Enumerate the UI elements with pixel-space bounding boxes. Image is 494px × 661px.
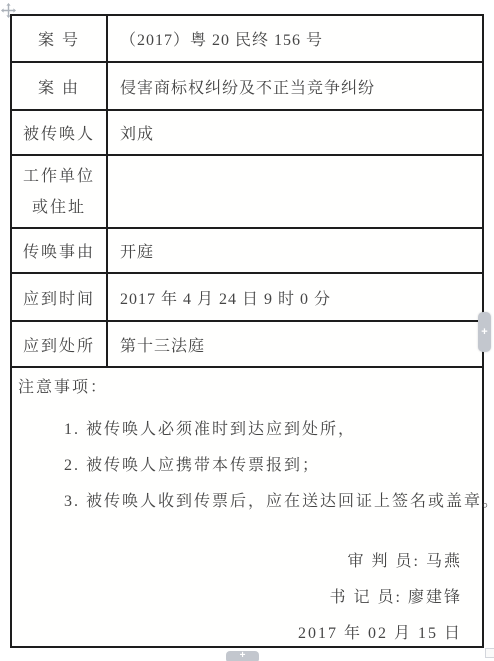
summoned-person-value: 刘成 [108, 111, 482, 154]
document-page: 案 号 （2017）粤 20 民终 156 号 案 由 侵害商标权纠纷及不正当竞… [0, 0, 494, 661]
case-number-value: （2017）粤 20 民终 156 号 [108, 16, 482, 61]
judge-signature: 审 判 员: 马燕 [18, 552, 462, 572]
case-number-label: 案 号 [12, 16, 108, 61]
arrival-place-value: 第十三法庭 [108, 322, 482, 366]
document-date: 2017 年 02 月 15 日 [18, 624, 462, 644]
clerk-signature: 书 记 员: 廖建锋 [18, 588, 462, 608]
note-item-3: 3. 被传唤人收到传票后，应在送达回证上签名或盖章。 [64, 492, 470, 512]
signature-block: 审 判 员: 马燕 书 记 员: 廖建锋 2017 年 02 月 15 日 [18, 552, 470, 644]
table-row: 传唤事由 开庭 [12, 229, 482, 274]
notes-section: 注意事项： 1. 被传唤人必须准时到达应到处所， 2. 被传唤人应携带本传票报到… [12, 368, 482, 660]
notes-title: 注意事项： [18, 378, 470, 398]
note-item-1: 1. 被传唤人必须准时到达应到处所， [64, 420, 470, 440]
arrival-place-label: 应到处所 [12, 322, 108, 366]
work-unit-label-line1: 工作单位 [23, 161, 95, 192]
work-unit-address-label: 工作单位 或住址 [12, 156, 108, 227]
table-row: 应到时间 2017 年 4 月 24 日 9 时 0 分 [12, 274, 482, 322]
table-row: 工作单位 或住址 [12, 156, 482, 229]
table-row: 被传唤人 刘成 [12, 111, 482, 156]
summoned-person-label: 被传唤人 [12, 111, 108, 154]
table-row: 案 号 （2017）粤 20 民终 156 号 [12, 16, 482, 63]
bottom-insert-handle[interactable]: + [226, 651, 259, 661]
work-unit-address-value [108, 156, 482, 227]
cause-of-action-value: 侵害商标权纠纷及不正当竞争纠纷 [108, 63, 482, 109]
cause-of-action-label: 案 由 [12, 63, 108, 109]
right-insert-handle[interactable]: + [478, 312, 491, 352]
table-resize-handle-icon[interactable] [485, 648, 494, 658]
plus-icon: + [481, 326, 487, 338]
work-unit-label-line2: 或住址 [32, 192, 86, 223]
summons-reason-label: 传唤事由 [12, 229, 108, 272]
summons-table: 案 号 （2017）粤 20 民终 156 号 案 由 侵害商标权纠纷及不正当竞… [10, 14, 484, 648]
note-item-2: 2. 被传唤人应携带本传票报到； [64, 456, 470, 476]
table-row: 应到处所 第十三法庭 [12, 322, 482, 368]
summons-reason-value: 开庭 [108, 229, 482, 272]
plus-icon: + [240, 651, 246, 661]
arrival-time-value: 2017 年 4 月 24 日 9 时 0 分 [108, 274, 482, 320]
table-row: 案 由 侵害商标权纠纷及不正当竞争纠纷 [12, 63, 482, 111]
arrival-time-label: 应到时间 [12, 274, 108, 320]
